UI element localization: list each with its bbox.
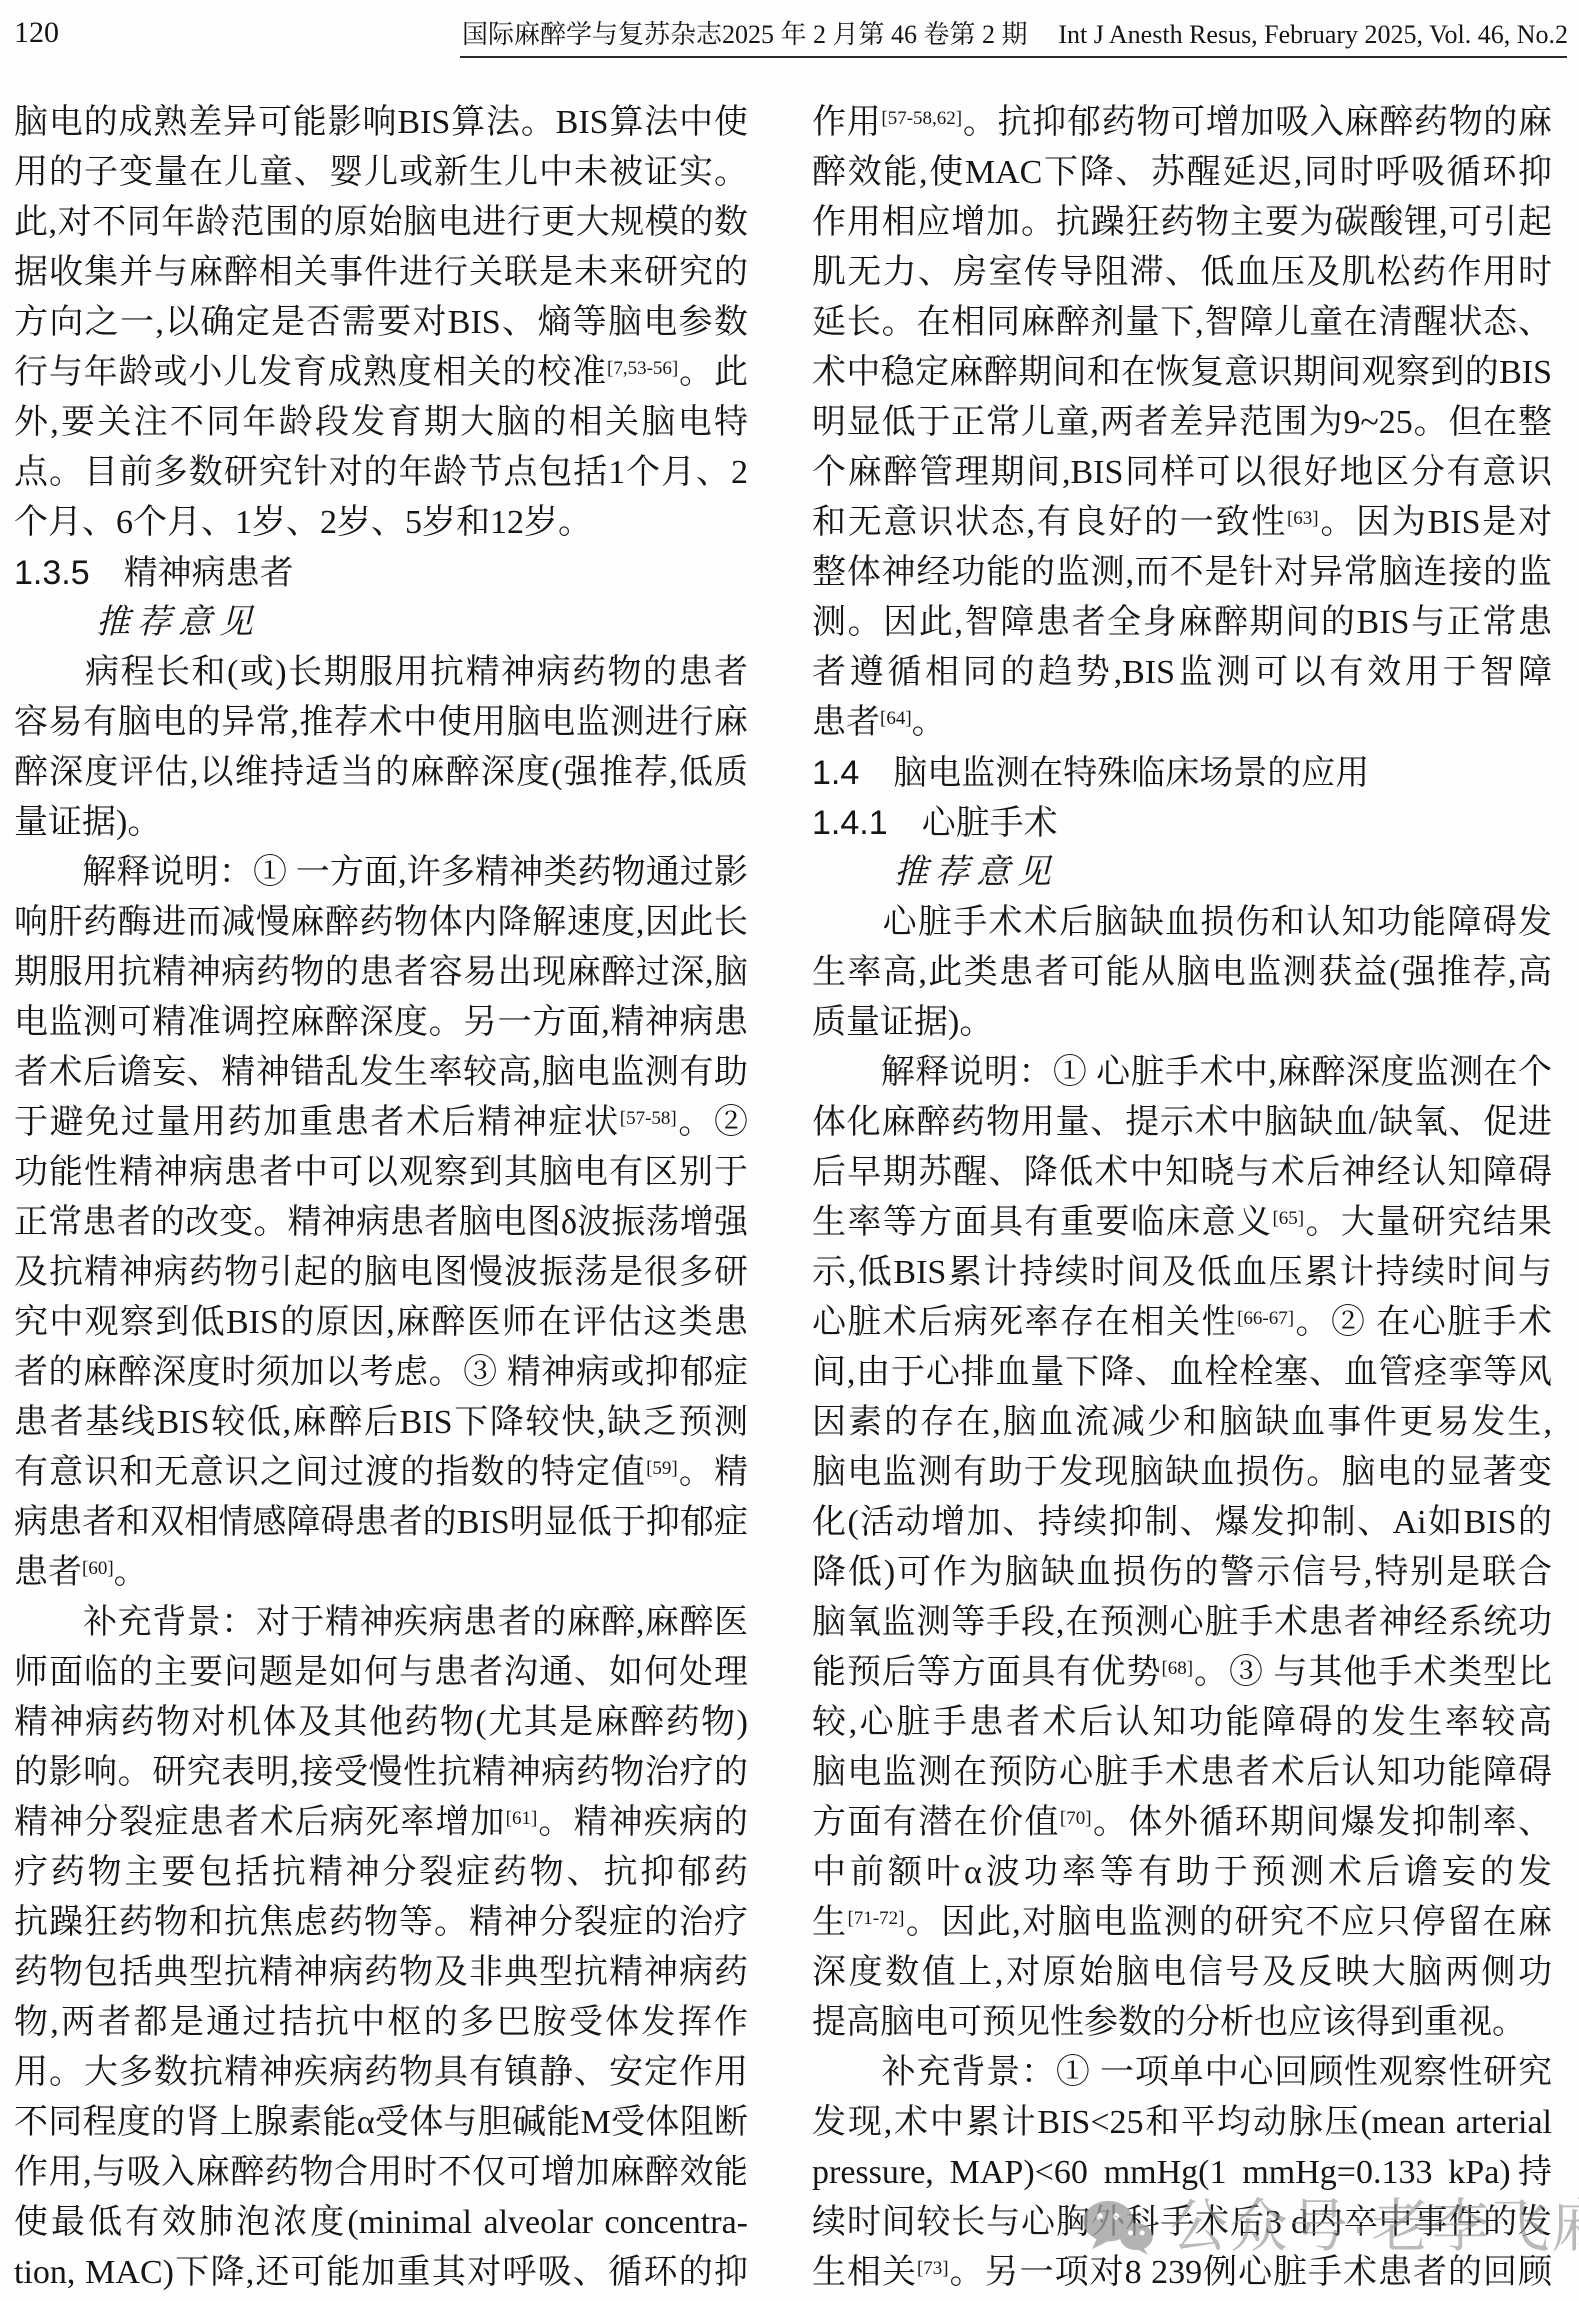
text-line: 心脏术后病死率存在相关性[66-67]。② 在心脏手术期 <box>812 1298 1552 1348</box>
journal-title-cn: 国际麻醉学与复苏杂志2025 年 2 月第 46 卷第 2 期 <box>462 20 1028 50</box>
text-line: 抗躁狂药物和抗焦虑药物等。精神分裂症的治疗 <box>14 1898 748 1948</box>
text-line: 的影响。研究表明,接受慢性抗精神病药物治疗的 <box>14 1748 748 1798</box>
text-line: 此,对不同年龄范围的原始脑电进行更大规模的数 <box>14 198 748 248</box>
text-line: 1.4 脑电监测在特殊临床场景的应用 <box>812 748 1552 798</box>
journal-title-en: Int J Anesth Resus, February 2025, Vol. … <box>1058 20 1568 50</box>
text-line: 使最低有效肺泡浓度(minimal alveolar concentra- <box>14 2198 748 2248</box>
text-line: 量证据)。 <box>14 798 748 848</box>
watermark: 公众号·老李飞麻 <box>1082 2198 1579 2256</box>
text-line: 正常患者的改变。精神病患者脑电图δ波振荡增强 <box>14 1198 748 1248</box>
text-line: 不同程度的肾上腺素能α受体与胆碱能M受体阻断 <box>14 2098 748 2148</box>
text-line: 脑电监测有助于发现脑缺血损伤。脑电的显著变 <box>812 1448 1552 1498</box>
text-line: 据收集并与麻醉相关事件进行关联是未来研究的 <box>14 248 748 298</box>
text-line: 质量证据)。 <box>812 998 1552 1048</box>
text-line: 后早期苏醒、降低术中知晓与术后神经认知障碍发 <box>812 1148 1552 1198</box>
text-line: 深度数值上,对原始脑电信号及反映大脑两侧功率、 <box>812 1948 1552 1998</box>
citation-ref: [57-58,62] <box>881 108 962 129</box>
recommendation-label: 推荐意见 <box>14 598 748 648</box>
text-line: 推荐意见 <box>14 598 748 648</box>
text-line: 期服用抗精神病药物的患者容易出现麻醉过深,脑 <box>14 948 748 998</box>
text-line: 者的麻醉深度时须加以考虑。③ 精神病或抑郁症 <box>14 1348 748 1398</box>
watermark-text: 公众号·老李飞麻 <box>1170 2198 1579 2256</box>
text-line: 醉效能,使MAC下降、苏醒延迟,同时呼吸循环抑制 <box>812 148 1552 198</box>
text-line: 较,心脏手患者术后认知功能障碍的发生率较高[69]。 <box>812 1698 1552 1748</box>
text-line: 脑电监测在预防心脏手术患者术后认知功能障碍 <box>812 1748 1552 1798</box>
citation-ref: [63] <box>1287 508 1319 529</box>
section-heading: 1.4 脑电监测在特殊临床场景的应用 <box>812 748 1552 798</box>
text-line: 及抗精神病药物引起的脑电图慢波振荡是很多研 <box>14 1248 748 1298</box>
text-line: 生率高,此类患者可能从脑电监测获益(强推荐,高 <box>812 948 1552 998</box>
text-line: 个麻醉管理期间,BIS同样可以很好地区分有意识 <box>812 448 1552 498</box>
text-line: 解释说明：① 一方面,许多精神类药物通过影 <box>14 848 748 898</box>
text-line: 心脏手术术后脑缺血损伤和认知功能障碍发 <box>812 898 1552 948</box>
text-line: 生[71-72]。因此,对脑电监测的研究不应只停留在麻醉 <box>812 1898 1552 1948</box>
text-line: 用。大多数抗精神疾病药物具有镇静、安定作用及 <box>14 2048 748 2098</box>
text-line: 1.4.1 心脏手术 <box>812 798 1552 848</box>
text-line: 病程长和(或)长期服用抗精神病药物的患者 <box>14 648 748 698</box>
recommendation-label: 推荐意见 <box>812 848 1552 898</box>
text-line: 补充背景：对于精神疾病患者的麻醉,麻醉医 <box>14 1598 748 1648</box>
text-line: 于避免过量用药加重患者术后精神症状[57-58]。② 在 <box>14 1098 748 1148</box>
column-left: 脑电的成熟差异可能影响BIS算法。BIS算法中使用的子变量在儿童、婴儿或新生儿中… <box>14 98 748 2298</box>
section-heading: 1.3.5 精神病患者 <box>14 548 748 598</box>
text-line: 能预后等方面具有优势[68]。③ 与其他手术类型比 <box>812 1648 1552 1698</box>
text-line: 患者[64]。 <box>812 698 1552 748</box>
text-line: 功能性精神病患者中可以观察到其脑电有区别于 <box>14 1148 748 1198</box>
text-line: 有意识和无意识之间过渡的指数的特定值[59]。精神 <box>14 1448 748 1498</box>
text-line: 明显低于正常儿童,两者差异范围为9~25。但在整 <box>812 398 1552 448</box>
paragraph: 作用[57-58,62]。抗抑郁药物可增加吸入麻醉药物的麻醉效能,使MAC下降、… <box>812 98 1552 748</box>
text-line: 间,由于心排血量下降、血栓栓塞、血管痉挛等风险 <box>812 1348 1552 1398</box>
text-line: 点。目前多数研究针对的年龄节点包括1个月、2 <box>14 448 748 498</box>
text-line: 精神病药物对机体及其他药物(尤其是麻醉药物) <box>14 1698 748 1748</box>
text-line: 肌无力、房室传导阻滞、低血压及肌松药作用时间 <box>812 248 1552 298</box>
paragraph: 解释说明：① 一方面,许多精神类药物通过影响肝药酶进而减慢麻醉药物体内降解速度,… <box>14 848 748 1598</box>
column-right: 作用[57-58,62]。抗抑郁药物可增加吸入麻醉药物的麻醉效能,使MAC下降、… <box>812 98 1552 2298</box>
text-line: tion, MAC)下降,还可能加重其对呼吸、循环的抑制 <box>14 2248 748 2298</box>
citation-ref: [66-67] <box>1237 1308 1294 1329</box>
text-line: 方向之一,以确定是否需要对BIS、熵等脑电参数进 <box>14 298 748 348</box>
text-line: 方面有潜在价值[70]。体外循环期间爆发抑制率、术 <box>812 1798 1552 1848</box>
paragraph: 心脏手术术后脑缺血损伤和认知功能障碍发生率高,此类患者可能从脑电监测获益(强推荐… <box>812 898 1552 1048</box>
citation-ref: [59] <box>646 1458 678 1479</box>
text-line: 提高脑电可预见性参数的分析也应该得到重视。 <box>812 1998 1552 2048</box>
text-line: 中前额叶α波功率等有助于预测术后谵妄的发 <box>812 1848 1552 1898</box>
text-line: 物,两者都是通过拮抗中枢的多巴胺受体发挥作 <box>14 1998 748 2048</box>
text-line: 外,要关注不同年龄段发育期大脑的相关脑电特 <box>14 398 748 448</box>
text-line: 师面临的主要问题是如何与患者沟通、如何处理抗 <box>14 1648 748 1698</box>
text-line: pressure, MAP)<60 mmHg(1 mmHg=0.133 kPa)… <box>812 2148 1552 2198</box>
text-line: 精神分裂症患者术后病死率增加[61]。精神疾病的治 <box>14 1798 748 1848</box>
text-line: 化(活动增加、持续抑制、爆发抑制、Ai如BIS的异常 <box>812 1498 1552 1548</box>
citation-ref: [60] <box>82 1558 114 1579</box>
text-line: 降低)可作为脑缺血损伤的警示信号,特别是联合 <box>812 1548 1552 1598</box>
citation-ref: [71-72] <box>847 1908 904 1929</box>
paragraph: 脑电的成熟差异可能影响BIS算法。BIS算法中使用的子变量在儿童、婴儿或新生儿中… <box>14 98 748 548</box>
text-line: 术中稳定麻醉期间和在恢复意识期间观察到的BIS <box>812 348 1552 398</box>
journal-header: 国际麻醉学与复苏杂志2025 年 2 月第 46 卷第 2 期 Int J An… <box>462 20 1568 50</box>
citation-ref: [57-58] <box>620 1108 677 1129</box>
paragraph: 病程长和(或)长期服用抗精神病药物的患者容易有脑电的异常,推荐术中使用脑电监测进… <box>14 648 748 848</box>
citation-ref: [7,53-56] <box>607 358 678 379</box>
text-line: 作用相应增加。抗躁狂药物主要为碳酸锂,可引起 <box>812 198 1552 248</box>
text-line: 因素的存在,脑血流减少和脑缺血事件更易发生, <box>812 1398 1552 1448</box>
wechat-icon <box>1082 2199 1154 2255</box>
text-line: 脑氧监测等手段,在预测心脏手术患者神经系统功 <box>812 1598 1552 1648</box>
text-line: 作用[57-58,62]。抗抑郁药物可增加吸入麻醉药物的麻 <box>812 98 1552 148</box>
text-line: 1.3.5 精神病患者 <box>14 548 748 598</box>
section-heading: 1.4.1 心脏手术 <box>812 798 1552 848</box>
text-line: 生率等方面具有重要临床意义[65]。大量研究结果提 <box>812 1198 1552 1248</box>
citation-ref: [73] <box>917 2258 949 2279</box>
text-line: 示,低BIS累计持续时间及低血压累计持续时间与 <box>812 1248 1552 1298</box>
text-line: 延长。在相同麻醉剂量下,智障儿童在清醒状态、 <box>812 298 1552 348</box>
text-line: 补充背景：① 一项单中心回顾性观察性研究 <box>812 2048 1552 2098</box>
citation-ref: [64] <box>880 708 912 729</box>
text-line: 和无意识状态,有良好的一致性[63]。因为BIS是对 <box>812 498 1552 548</box>
text-line: 解释说明：① 心脏手术中,麻醉深度监测在个 <box>812 1048 1552 1098</box>
page-number: 120 <box>14 16 59 50</box>
text-line: 患者[60]。 <box>14 1548 748 1598</box>
text-line: 脑电的成熟差异可能影响BIS算法。BIS算法中使 <box>14 98 748 148</box>
text-line: 药物包括典型抗精神病药物及非典型抗精神病药 <box>14 1948 748 1998</box>
text-line: 响肝药酶进而减慢麻醉药物体内降解速度,因此长 <box>14 898 748 948</box>
text-line: 者术后谵妄、精神错乱发生率较高,脑电监测有助 <box>14 1048 748 1098</box>
citation-ref: [61] <box>506 1808 538 1829</box>
text-line: 发现,术中累计BIS<25和平均动脉压(mean arterial <box>812 2098 1552 2148</box>
page: 120 国际麻醉学与复苏杂志2025 年 2 月第 46 卷第 2 期 Int … <box>0 0 1579 2301</box>
text-line: 行与年龄或小儿发育成熟度相关的校准[7,53-56]。此 <box>14 348 748 398</box>
text-line: 者遵循相同的趋势,BIS监测可以有效用于智障 <box>812 648 1552 698</box>
text-line: 整体神经功能的监测,而不是针对异常脑连接的监 <box>812 548 1552 598</box>
text-line: 作用,与吸入麻醉药物合用时不仅可增加麻醉效能 <box>14 2148 748 2198</box>
paragraph: 解释说明：① 心脏手术中,麻醉深度监测在个体化麻醉药物用量、提示术中脑缺血/缺氧… <box>812 1048 1552 2048</box>
text-line: 推荐意见 <box>812 848 1552 898</box>
paragraph: 补充背景：① 一项单中心回顾性观察性研究发现,术中累计BIS<25和平均动脉压(… <box>812 2048 1552 2298</box>
text-line: 测。因此,智障患者全身麻醉期间的BIS与正常患 <box>812 598 1552 648</box>
text-line: 醉深度评估,以维持适当的麻醉深度(强推荐,低质 <box>14 748 748 798</box>
text-line: 电监测可精准调控麻醉深度。另一方面,精神病患 <box>14 998 748 1048</box>
text-line: 个月、6个月、1岁、2岁、5岁和12岁。 <box>14 498 748 548</box>
text-line: 用的子变量在儿童、婴儿或新生儿中未被证实。因 <box>14 148 748 198</box>
citation-ref: [70] <box>1060 1808 1092 1829</box>
text-line: 病患者和双相情感障碍患者的BIS明显低于抑郁症 <box>14 1498 748 1548</box>
text-line: 患者基线BIS较低,麻醉后BIS下降较快,缺乏预测 <box>14 1398 748 1448</box>
header-rule <box>460 56 1567 58</box>
text-line: 容易有脑电的异常,推荐术中使用脑电监测进行麻 <box>14 698 748 748</box>
text-line: 究中观察到低BIS的原因,麻醉医师在评估这类患 <box>14 1298 748 1348</box>
citation-ref: [65] <box>1272 1208 1304 1229</box>
text-line: 体化麻醉药物用量、提示术中脑缺血/缺氧、促进术 <box>812 1098 1552 1148</box>
paragraph: 补充背景：对于精神疾病患者的麻醉,麻醉医师面临的主要问题是如何与患者沟通、如何处… <box>14 1598 748 2298</box>
text-line: 疗药物主要包括抗精神分裂症药物、抗抑郁药物、 <box>14 1848 748 1898</box>
citation-ref: [68] <box>1161 1658 1193 1679</box>
